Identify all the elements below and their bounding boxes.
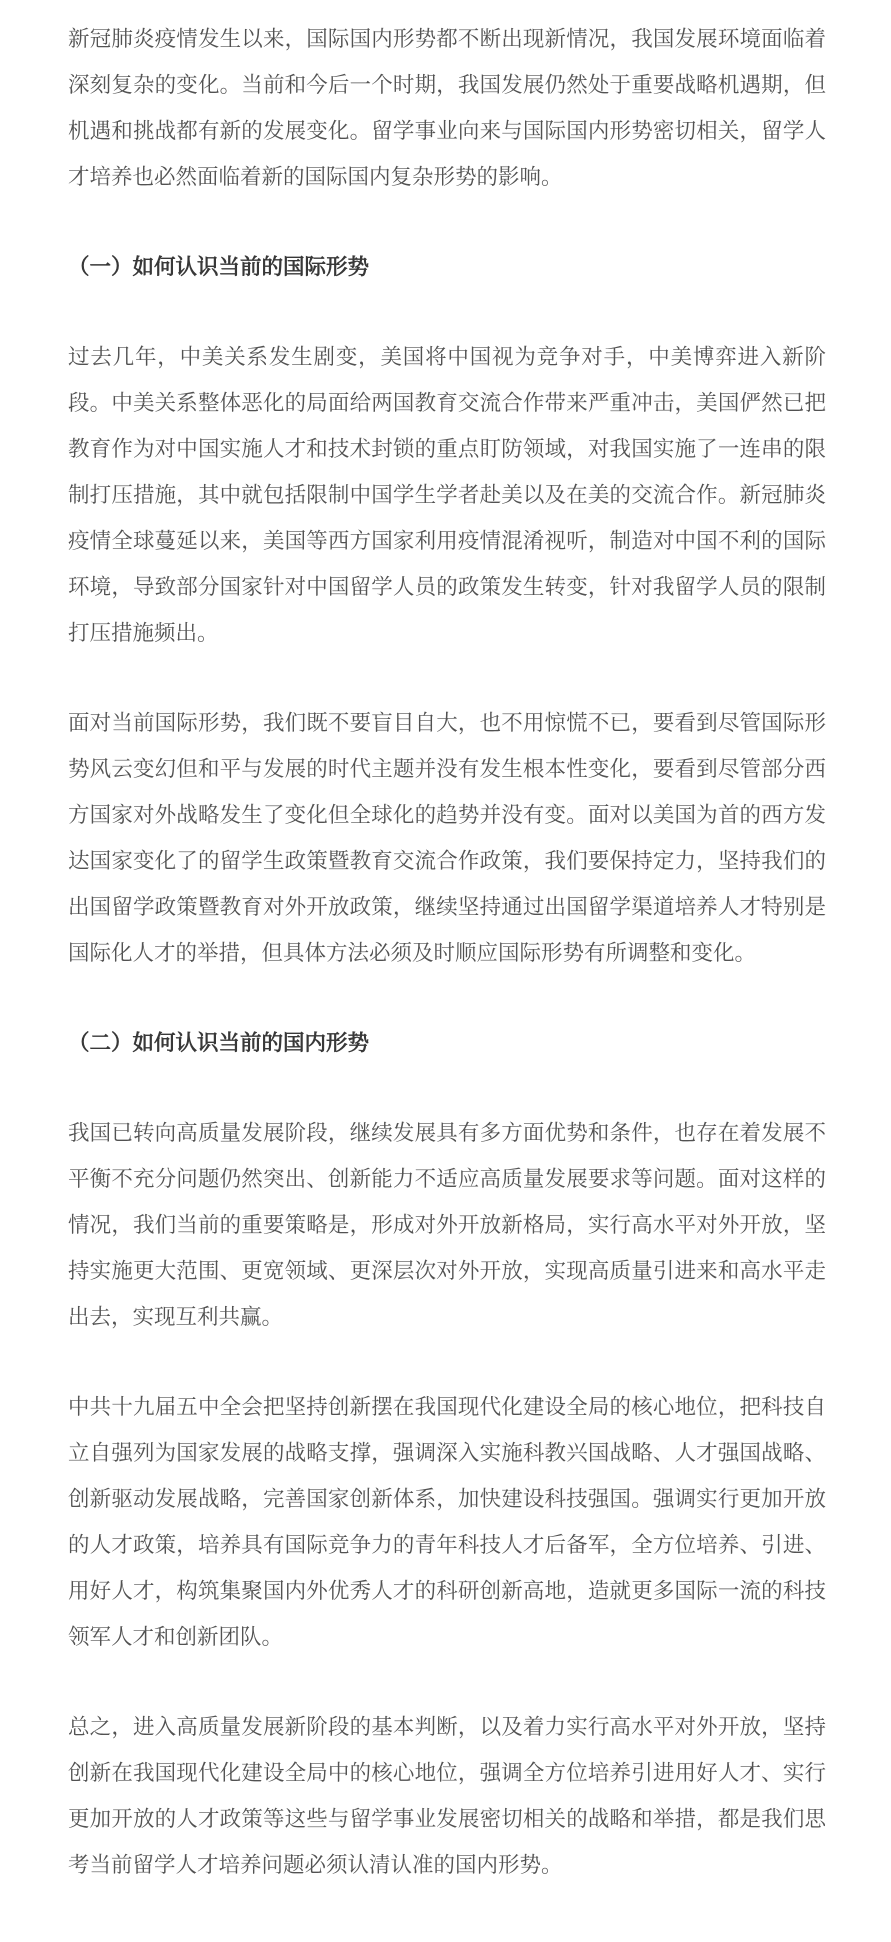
section-heading-domestic-situation: （二）如何认识当前的国内形势 xyxy=(68,1020,826,1066)
body-paragraph-fifth-plenary-session: 中共十九届五中全会把坚持创新摆在我国现代化建设全局的核心地位，把科技自立自强列为… xyxy=(68,1384,826,1660)
section-heading-international-situation: （一）如何认识当前的国际形势 xyxy=(68,244,826,290)
body-paragraph-facing-international-situation: 面对当前国际形势，我们既不要盲目自大，也不用惊慌不已，要看到尽管国际形势风云变幻… xyxy=(68,700,826,976)
body-paragraph-high-quality-development: 我国已转向高质量发展阶段，继续发展具有多方面优势和条件，也存在着发展不平衡不充分… xyxy=(68,1110,826,1340)
article-body: 新冠肺炎疫情发生以来，国际国内形势都不断出现新情况，我国发展环境面临着深刻复杂的… xyxy=(0,0,891,1898)
body-paragraph-us-china-relations: 过去几年，中美关系发生剧变，美国将中国视为竞争对手，中美博弈进入新阶段。中美关系… xyxy=(68,334,826,656)
intro-paragraph: 新冠肺炎疫情发生以来，国际国内形势都不断出现新情况，我国发展环境面临着深刻复杂的… xyxy=(68,16,826,200)
document-page: 新冠肺炎疫情发生以来，国际国内形势都不断出现新情况，我国发展环境面临着深刻复杂的… xyxy=(0,0,891,1942)
conclusion-paragraph: 总之，进入高质量发展新阶段的基本判断，以及着力实行高水平对外开放，坚持创新在我国… xyxy=(68,1704,826,1888)
